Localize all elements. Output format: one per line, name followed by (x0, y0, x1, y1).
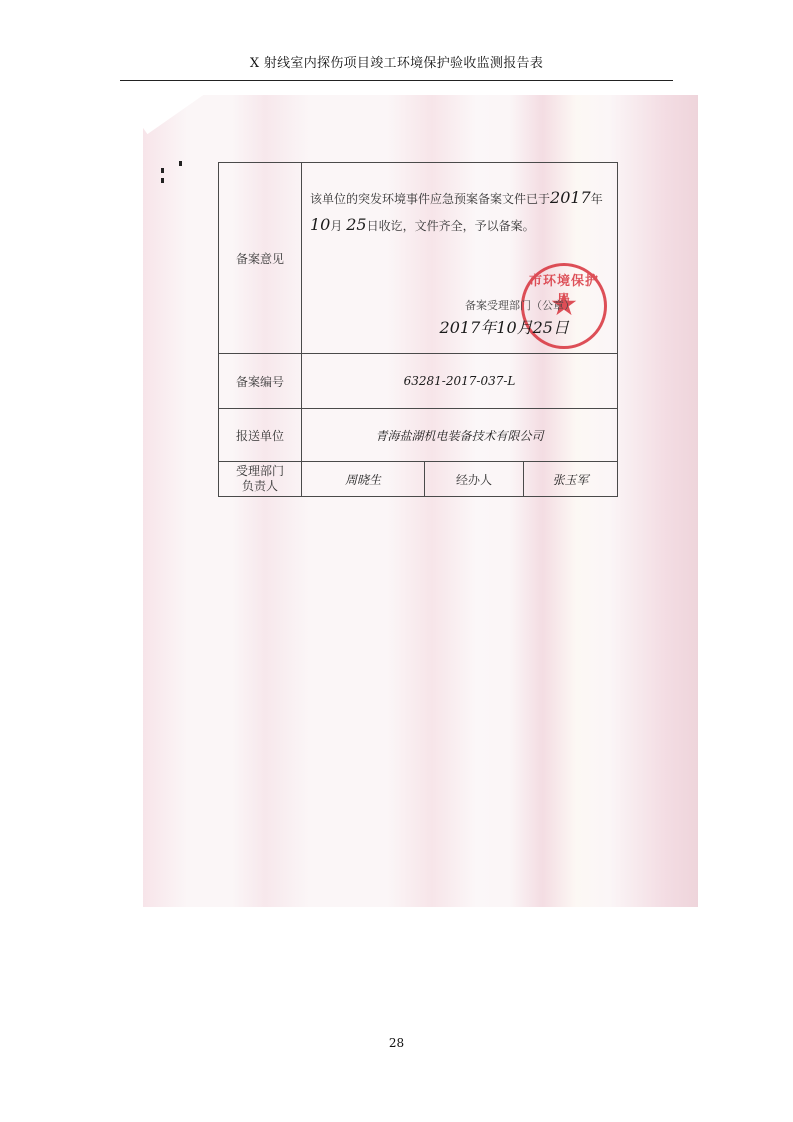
year-suffix: 年 (591, 192, 603, 206)
submitting-unit-row: 报送单位 青海盐湖机电装备技术有限公司 (219, 409, 618, 462)
responsible-label-line2: 负责人 (242, 479, 278, 493)
report-header-title: X 射线室内探伤项目竣工环境保护验收监测报告表 (0, 52, 793, 71)
handwritten-year: 2017 (550, 188, 591, 207)
responsible-label-line1: 受理部门 (236, 464, 284, 478)
responsible-label: 受理部门 负责人 (219, 462, 302, 497)
handwritten-stamp-date: 2017年10月25日 (440, 315, 569, 338)
page-number: 28 (0, 1036, 793, 1050)
filing-number-value: 63281-2017-037-L (302, 354, 618, 409)
filing-number-row: 备案编号 63281-2017-037-L (219, 354, 618, 409)
opinion-text-line1: 该单位的突发环境事件应急预案备案文件已于 (310, 192, 550, 206)
month-suffix: 月 (330, 219, 342, 233)
handler-signature: 张玉军 (524, 462, 618, 497)
submitting-unit-value: 青海盐湖机电装备技术有限公司 (302, 409, 618, 462)
signature-row: 受理部门 负责人 周晓生 经办人 张玉军 (219, 462, 618, 497)
filing-form-table: 备案意见 该单位的突发环境事件应急预案备案文件已于2017年 10月 25日收讫… (218, 162, 618, 497)
opinion-text: 该单位的突发环境事件应急预案备案文件已于2017年 10月 25日收讫，文件齐全… (310, 185, 613, 239)
opinion-row: 备案意见 该单位的突发环境事件应急预案备案文件已于2017年 10月 25日收讫… (219, 163, 618, 354)
opinion-cell: 该单位的突发环境事件应急预案备案文件已于2017年 10月 25日收讫，文件齐全… (302, 163, 618, 354)
handler-label: 经办人 (425, 462, 524, 497)
submitting-unit-label: 报送单位 (219, 409, 302, 462)
header-divider (120, 80, 673, 81)
handwritten-day: 25 (346, 215, 366, 234)
handwritten-month: 10 (310, 215, 330, 234)
filing-unit-line: 备案受理部门（公章） (465, 297, 575, 313)
photo-speck (179, 161, 182, 166)
photo-speck (161, 168, 164, 173)
opinion-label: 备案意见 (219, 163, 302, 354)
photo-speck (161, 178, 164, 183)
filing-number-label: 备案编号 (219, 354, 302, 409)
responsible-signature: 周晓生 (302, 462, 425, 497)
opinion-text-line2: 日收讫，文件齐全，予以备案。 (367, 219, 535, 233)
photo-folded-corner (143, 95, 229, 134)
